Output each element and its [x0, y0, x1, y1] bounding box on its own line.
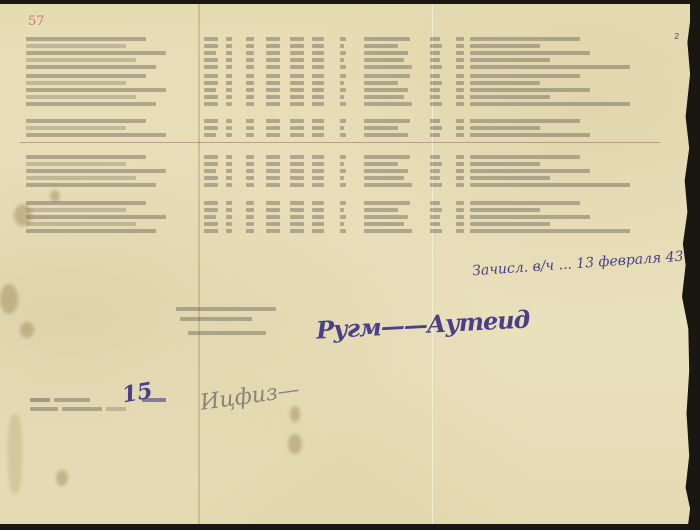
table-cell: [470, 43, 540, 48]
table-cell: [290, 168, 304, 173]
table-row: [26, 43, 126, 48]
table-cell: [204, 214, 216, 219]
table-cell: [470, 80, 540, 85]
table-cell: [340, 36, 346, 41]
table-cell: [470, 36, 580, 41]
table-cell: [246, 214, 254, 219]
table-cell: [430, 87, 440, 92]
table-cell: [226, 36, 232, 41]
table-cell: [312, 125, 324, 130]
table-cell: [456, 200, 464, 205]
table-cell: [456, 207, 464, 212]
table-cell: [340, 43, 344, 48]
page-number: 2: [674, 32, 679, 42]
table-cell: [204, 94, 218, 99]
table-cell: [246, 73, 254, 78]
table-cell: [430, 182, 442, 187]
table-row: [26, 161, 126, 166]
table-cell: [470, 118, 580, 123]
table-cell: [456, 64, 464, 69]
table-cell: [364, 64, 412, 69]
stain: [0, 284, 18, 314]
table-cell: [246, 207, 254, 212]
table-row: [26, 57, 136, 62]
table-cell: [246, 118, 254, 123]
table-cell: [290, 64, 304, 69]
table-cell: [364, 175, 404, 180]
table-cell: [470, 125, 540, 130]
table-cell: [246, 64, 254, 69]
table-cell: [470, 154, 580, 159]
table-cell: [470, 64, 630, 69]
table-row: [26, 80, 126, 85]
table-cell: [266, 168, 280, 173]
table-cell: [246, 132, 254, 137]
table-cell: [470, 87, 590, 92]
table-cell: [470, 182, 630, 187]
table-cell: [364, 80, 398, 85]
table-cell: [456, 50, 464, 55]
handwritten-note: Зачисл. в/ч ... 13 февраля 43: [472, 249, 684, 280]
table-cell: [456, 221, 464, 226]
table-cell: [290, 57, 304, 62]
table-cell: [246, 154, 254, 159]
table-cell: [266, 73, 280, 78]
table-cell: [340, 214, 346, 219]
table-cell: [290, 228, 304, 233]
signature-main: Ругм——Аутеид: [315, 304, 530, 344]
table-cell: [340, 168, 346, 173]
table-cell: [430, 200, 440, 205]
table-cell: [470, 94, 550, 99]
table-cell: [470, 50, 590, 55]
table-cell: [340, 228, 346, 233]
table-cell: [364, 125, 398, 130]
table-cell: [204, 118, 218, 123]
table-cell: [226, 80, 232, 85]
table-cell: [290, 161, 304, 166]
table-cell: [290, 154, 304, 159]
table-cell: [226, 87, 232, 92]
table-cell: [364, 50, 408, 55]
table-cell: [456, 161, 464, 166]
table-cell: [246, 36, 254, 41]
table-cell: [456, 175, 464, 180]
table-cell: [226, 161, 232, 166]
table-cell: [290, 101, 304, 106]
table-cell: [226, 64, 232, 69]
table-cell: [456, 80, 464, 85]
table-cell: [340, 118, 346, 123]
table-cell: [364, 57, 404, 62]
table-cell: [266, 132, 280, 137]
table-cell: [312, 73, 324, 78]
table-cell: [246, 228, 254, 233]
table-cell: [226, 168, 232, 173]
table-cell: [226, 94, 232, 99]
table-row: [26, 221, 136, 226]
pencil-signature: Ицфиз—: [199, 377, 301, 416]
table-row: [26, 36, 146, 41]
table-row: [26, 214, 166, 219]
table-cell: [470, 73, 580, 78]
table-cell: [246, 175, 254, 180]
table-cell: [470, 175, 550, 180]
table-cell: [312, 182, 324, 187]
table-cell: [290, 214, 304, 219]
table-cell: [204, 125, 218, 130]
table-cell: [290, 87, 304, 92]
table-cell: [226, 207, 232, 212]
table-cell: [204, 182, 218, 187]
table-cell: [430, 36, 440, 41]
table-row: [26, 228, 156, 233]
table-cell: [312, 87, 324, 92]
table-cell: [204, 228, 218, 233]
table-cell: [340, 87, 346, 92]
table-cell: [204, 221, 218, 226]
table-cell: [456, 168, 464, 173]
table-row: [26, 87, 166, 92]
stain: [14, 204, 32, 226]
table-cell: [246, 101, 254, 106]
table-cell: [364, 228, 412, 233]
table-cell: [312, 80, 324, 85]
table-cell: [430, 80, 442, 85]
table-cell: [456, 101, 464, 106]
table-cell: [290, 200, 304, 205]
table-row: [26, 125, 126, 130]
table-row: [26, 73, 146, 78]
table-cell: [340, 80, 344, 85]
table-cell: [266, 175, 280, 180]
table-cell: [456, 87, 464, 92]
table-cell: [312, 161, 324, 166]
table-row: [26, 154, 146, 159]
table-cell: [364, 43, 398, 48]
table-cell: [312, 154, 324, 159]
table-cell: [204, 36, 218, 41]
table-cell: [246, 57, 254, 62]
table-cell: [226, 132, 232, 137]
table-cell: [290, 182, 304, 187]
table-cell: [364, 200, 410, 205]
table-cell: [204, 168, 216, 173]
table-cell: [456, 125, 464, 130]
table-cell: [266, 101, 280, 106]
unit-number: 15: [120, 378, 155, 409]
table-row: [26, 101, 156, 106]
table-cell: [246, 168, 254, 173]
table-cell: [456, 154, 464, 159]
table-cell: [456, 36, 464, 41]
table-cell: [290, 36, 304, 41]
table-cell: [456, 43, 464, 48]
table-cell: [430, 221, 440, 226]
table-cell: [430, 228, 442, 233]
table-cell: [364, 182, 412, 187]
table-cell: [430, 50, 440, 55]
table-cell: [340, 50, 346, 55]
table-cell: [246, 43, 254, 48]
table-cell: [290, 132, 304, 137]
table-cell: [204, 161, 218, 166]
table-cell: [340, 207, 344, 212]
table-cell: [430, 154, 440, 159]
table-cell: [312, 175, 324, 180]
table-cell: [266, 221, 280, 226]
table-cell: [312, 43, 324, 48]
table-cell: [204, 175, 218, 180]
table-row: [26, 207, 126, 212]
table-row: [26, 168, 166, 173]
table-cell: [470, 200, 580, 205]
table-cell: [470, 132, 590, 137]
table-cell: [312, 118, 324, 123]
table-cell: [340, 154, 346, 159]
table-cell: [364, 118, 410, 123]
table-cell: [430, 214, 440, 219]
table-cell: [290, 207, 304, 212]
table-cell: [246, 80, 254, 85]
table-cell: [456, 214, 464, 219]
table-cell: [266, 50, 280, 55]
table-cell: [312, 36, 324, 41]
table-cell: [312, 228, 324, 233]
table-cell: [290, 221, 304, 226]
table-cell: [266, 36, 280, 41]
table-cell: [312, 132, 324, 137]
table-cell: [226, 214, 232, 219]
table-cell: [226, 228, 232, 233]
table-cell: [470, 161, 540, 166]
table-cell: [226, 182, 232, 187]
table-cell: [290, 94, 304, 99]
table-cell: [226, 200, 232, 205]
table-row: [26, 94, 136, 99]
table-cell: [204, 57, 218, 62]
table-cell: [340, 132, 346, 137]
table-cell: [312, 207, 324, 212]
table-cell: [430, 73, 440, 78]
table-cell: [340, 73, 346, 78]
table-cell: [266, 57, 280, 62]
table-cell: [312, 64, 324, 69]
table-cell: [246, 50, 254, 55]
table-cell: [364, 87, 408, 92]
table-cell: [456, 118, 464, 123]
paper-fold: [198, 4, 200, 524]
table-cell: [430, 64, 442, 69]
table-cell: [266, 214, 280, 219]
table-cell: [312, 94, 324, 99]
table-cell: [470, 57, 550, 62]
table-cell: [266, 154, 280, 159]
table-cell: [430, 118, 440, 123]
table-cell: [312, 214, 324, 219]
table-row: [26, 64, 156, 69]
table-cell: [312, 50, 324, 55]
table-cell: [266, 94, 280, 99]
corner-mark: 57: [28, 14, 45, 29]
table-cell: [226, 50, 232, 55]
table-cell: [204, 101, 218, 106]
table-row: [26, 118, 146, 123]
table-cell: [364, 154, 410, 159]
table-cell: [226, 118, 232, 123]
table-cell: [246, 125, 254, 130]
table-cell: [290, 175, 304, 180]
table-cell: [204, 73, 218, 78]
stain: [20, 322, 34, 338]
table-cell: [226, 73, 232, 78]
table-cell: [364, 214, 408, 219]
table-cell: [340, 101, 346, 106]
table-cell: [226, 57, 232, 62]
table-cell: [470, 101, 630, 106]
table-cell: [430, 175, 440, 180]
table-cell: [364, 36, 410, 41]
table-cell: [340, 175, 344, 180]
table-cell: [266, 161, 280, 166]
stain: [56, 470, 68, 486]
table-cell: [246, 94, 254, 99]
table-cell: [430, 101, 442, 106]
stain: [8, 414, 22, 494]
table-cell: [204, 200, 218, 205]
table-cell: [456, 57, 464, 62]
table-cell: [456, 73, 464, 78]
table-cell: [312, 200, 324, 205]
table-cell: [364, 101, 412, 106]
table-cell: [204, 154, 218, 159]
table-cell: [204, 43, 218, 48]
table-cell: [266, 118, 280, 123]
table-cell: [340, 182, 346, 187]
table-cell: [470, 207, 540, 212]
table-cell: [364, 94, 404, 99]
table-cell: [290, 73, 304, 78]
table-cell: [290, 80, 304, 85]
table-cell: [312, 57, 324, 62]
table-cell: [204, 64, 218, 69]
table-cell: [290, 43, 304, 48]
table-cell: [266, 125, 280, 130]
table-cell: [470, 168, 590, 173]
table-cell: [470, 221, 550, 226]
table-cell: [312, 101, 324, 106]
table-cell: [204, 50, 216, 55]
table-cell: [204, 80, 218, 85]
table-cell: [290, 50, 304, 55]
table-cell: [430, 207, 442, 212]
table-row: [26, 50, 166, 55]
table-cell: [340, 200, 346, 205]
table-cell: [226, 43, 232, 48]
table-cell: [456, 228, 464, 233]
table-cell: [204, 207, 218, 212]
table-cell: [266, 200, 280, 205]
table-cell: [430, 161, 442, 166]
table-cell: [340, 161, 344, 166]
table-cell: [246, 87, 254, 92]
table-row: [26, 200, 146, 205]
table-cell: [266, 87, 280, 92]
table-cell: [312, 221, 324, 226]
document-page: 57 2 Зачисл. в/ч ... 13 февраля 43 Ругм—…: [0, 4, 690, 524]
table-cell: [246, 200, 254, 205]
ruled-line: [20, 142, 660, 143]
table-cell: [340, 221, 344, 226]
table-cell: [470, 228, 630, 233]
table-cell: [456, 132, 464, 137]
table-cell: [364, 207, 398, 212]
table-cell: [266, 182, 280, 187]
table-cell: [246, 182, 254, 187]
table-cell: [456, 182, 464, 187]
table-cell: [312, 168, 324, 173]
table-cell: [290, 118, 304, 123]
table-cell: [290, 125, 304, 130]
table-cell: [340, 125, 344, 130]
table-cell: [204, 87, 216, 92]
table-cell: [266, 80, 280, 85]
table-cell: [430, 125, 442, 130]
table-cell: [470, 214, 590, 219]
table-cell: [340, 94, 344, 99]
stain: [50, 190, 60, 202]
table-cell: [340, 57, 344, 62]
table-cell: [430, 132, 440, 137]
table-row: [26, 132, 166, 137]
table-cell: [226, 154, 232, 159]
table-cell: [226, 175, 232, 180]
table-cell: [430, 168, 440, 173]
table-cell: [266, 43, 280, 48]
table-cell: [364, 168, 408, 173]
table-cell: [430, 57, 440, 62]
table-cell: [226, 101, 232, 106]
table-cell: [226, 125, 232, 130]
table-cell: [364, 221, 404, 226]
table-cell: [364, 132, 408, 137]
table-cell: [204, 132, 216, 137]
table-cell: [246, 161, 254, 166]
signature-caption: [176, 306, 280, 336]
table-row: [26, 175, 136, 180]
stain: [290, 406, 300, 422]
table-cell: [226, 221, 232, 226]
table-cell: [340, 64, 346, 69]
table-cell: [364, 161, 398, 166]
table-cell: [266, 228, 280, 233]
table-cell: [364, 73, 410, 78]
table-cell: [266, 64, 280, 69]
table-cell: [246, 221, 254, 226]
stain: [288, 434, 302, 454]
table-cell: [266, 207, 280, 212]
table-cell: [456, 94, 464, 99]
table-row: [26, 182, 156, 187]
table-cell: [430, 94, 440, 99]
table-cell: [430, 43, 442, 48]
